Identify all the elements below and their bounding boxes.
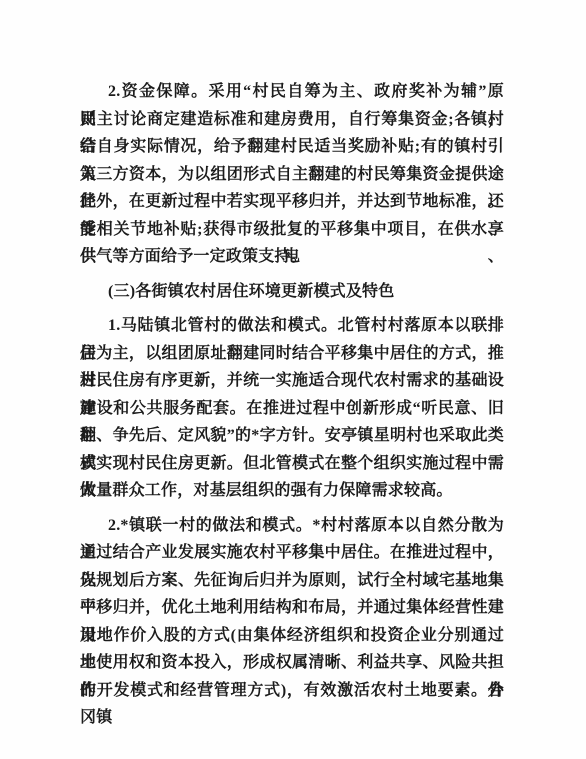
text-line: 建设和公共服务配套。在推进过程中创新形成“听民意、旧址 [80, 395, 504, 423]
paragraph: 2.资金保障。采用“村民自筹为主、政府奖补为辅”原则，民主讨论商定建造标准和建房… [80, 78, 504, 271]
section-heading: (三)各街镇农村居住环境更新模式及特色 [80, 278, 504, 306]
text-line: 翻、争先后、定风貌”的*字方针。安亭镇星明村也采取此类模 [80, 422, 504, 450]
text-line: 民主讨论商定建造标准和建房费用，自行筹集资金;各镇村结 [80, 106, 504, 134]
text-line: 通过结合产业发展实施农村平移集中居住。在推进过程中，以 [80, 539, 504, 567]
text-line: (三)各街镇农村居住环境更新模式及特色 [80, 278, 504, 306]
text-line: 平移归并，优化土地利用结构和布局，并通过集体经营性建设 [80, 594, 504, 622]
paragraph: 1.马陆镇北管村的做法和模式。北管村村落原本以联排居住为主，以组团原址翻建同时结… [80, 312, 504, 505]
document-page: 2.资金保障。采用“村民自筹为主、政府奖补为辅”原则，民主讨论商定建造标准和建房… [0, 0, 586, 759]
text-line: 村民住房有序更新，并统一实施适合现代农村需求的基础设施 [80, 367, 504, 395]
text-line: 受相关节地补贴;获得市级批复的平移集中项目，在供水、供电、 [80, 216, 504, 244]
text-line: 住为主，以组团原址翻建同时结合平移集中居住的方式，推进 [80, 340, 504, 368]
text-line: 第三方资本，为以组团形式自主翻建的村民筹集资金提供途径。 [80, 161, 504, 189]
text-line: 1.马陆镇北管村的做法和模式。北管村村落原本以联排居 [80, 312, 504, 340]
text-line: 此外，在更新过程中若实现平移归并，并达到节地标准，还能享 [80, 188, 504, 216]
paragraph: 2.*镇联一村的做法和模式。*村村落原本以自然分散为主，通过结合产业发展实施农村… [80, 512, 504, 705]
text-line: 先规划后方案、先征询后归并为原则，试行全村域宅基地集中 [80, 567, 504, 595]
text-line: 大量群众工作，对基层组织的强有力保障需求较高。 [80, 477, 504, 505]
text-line: 合自身实际情况，给予翻建村民适当奖励补贴;有的镇村引入 [80, 133, 504, 161]
text-line: 式实现村民住房更新。但北管模式在整个组织实施过程中需做 [80, 450, 504, 478]
text-line: 2.*镇联一村的做法和模式。*村村落原本以自然分散为主， [80, 512, 504, 540]
text-line: 2.资金保障。采用“村民自筹为主、政府奖补为辅”原则， [80, 78, 504, 106]
text-line: 地使用权和资本投入，形成权属清晰、利益共享、风险共担的合 [80, 649, 504, 677]
text-line: 用地作价入股的方式(由集体经济组织和投资企业分别通过土 [80, 622, 504, 650]
text-line: 作开发模式和经营管理方式)，有效激活农村土地要素。外冈镇 [80, 677, 504, 705]
text-column: 2.资金保障。采用“村民自筹为主、政府奖补为辅”原则，民主讨论商定建造标准和建房… [80, 78, 504, 711]
